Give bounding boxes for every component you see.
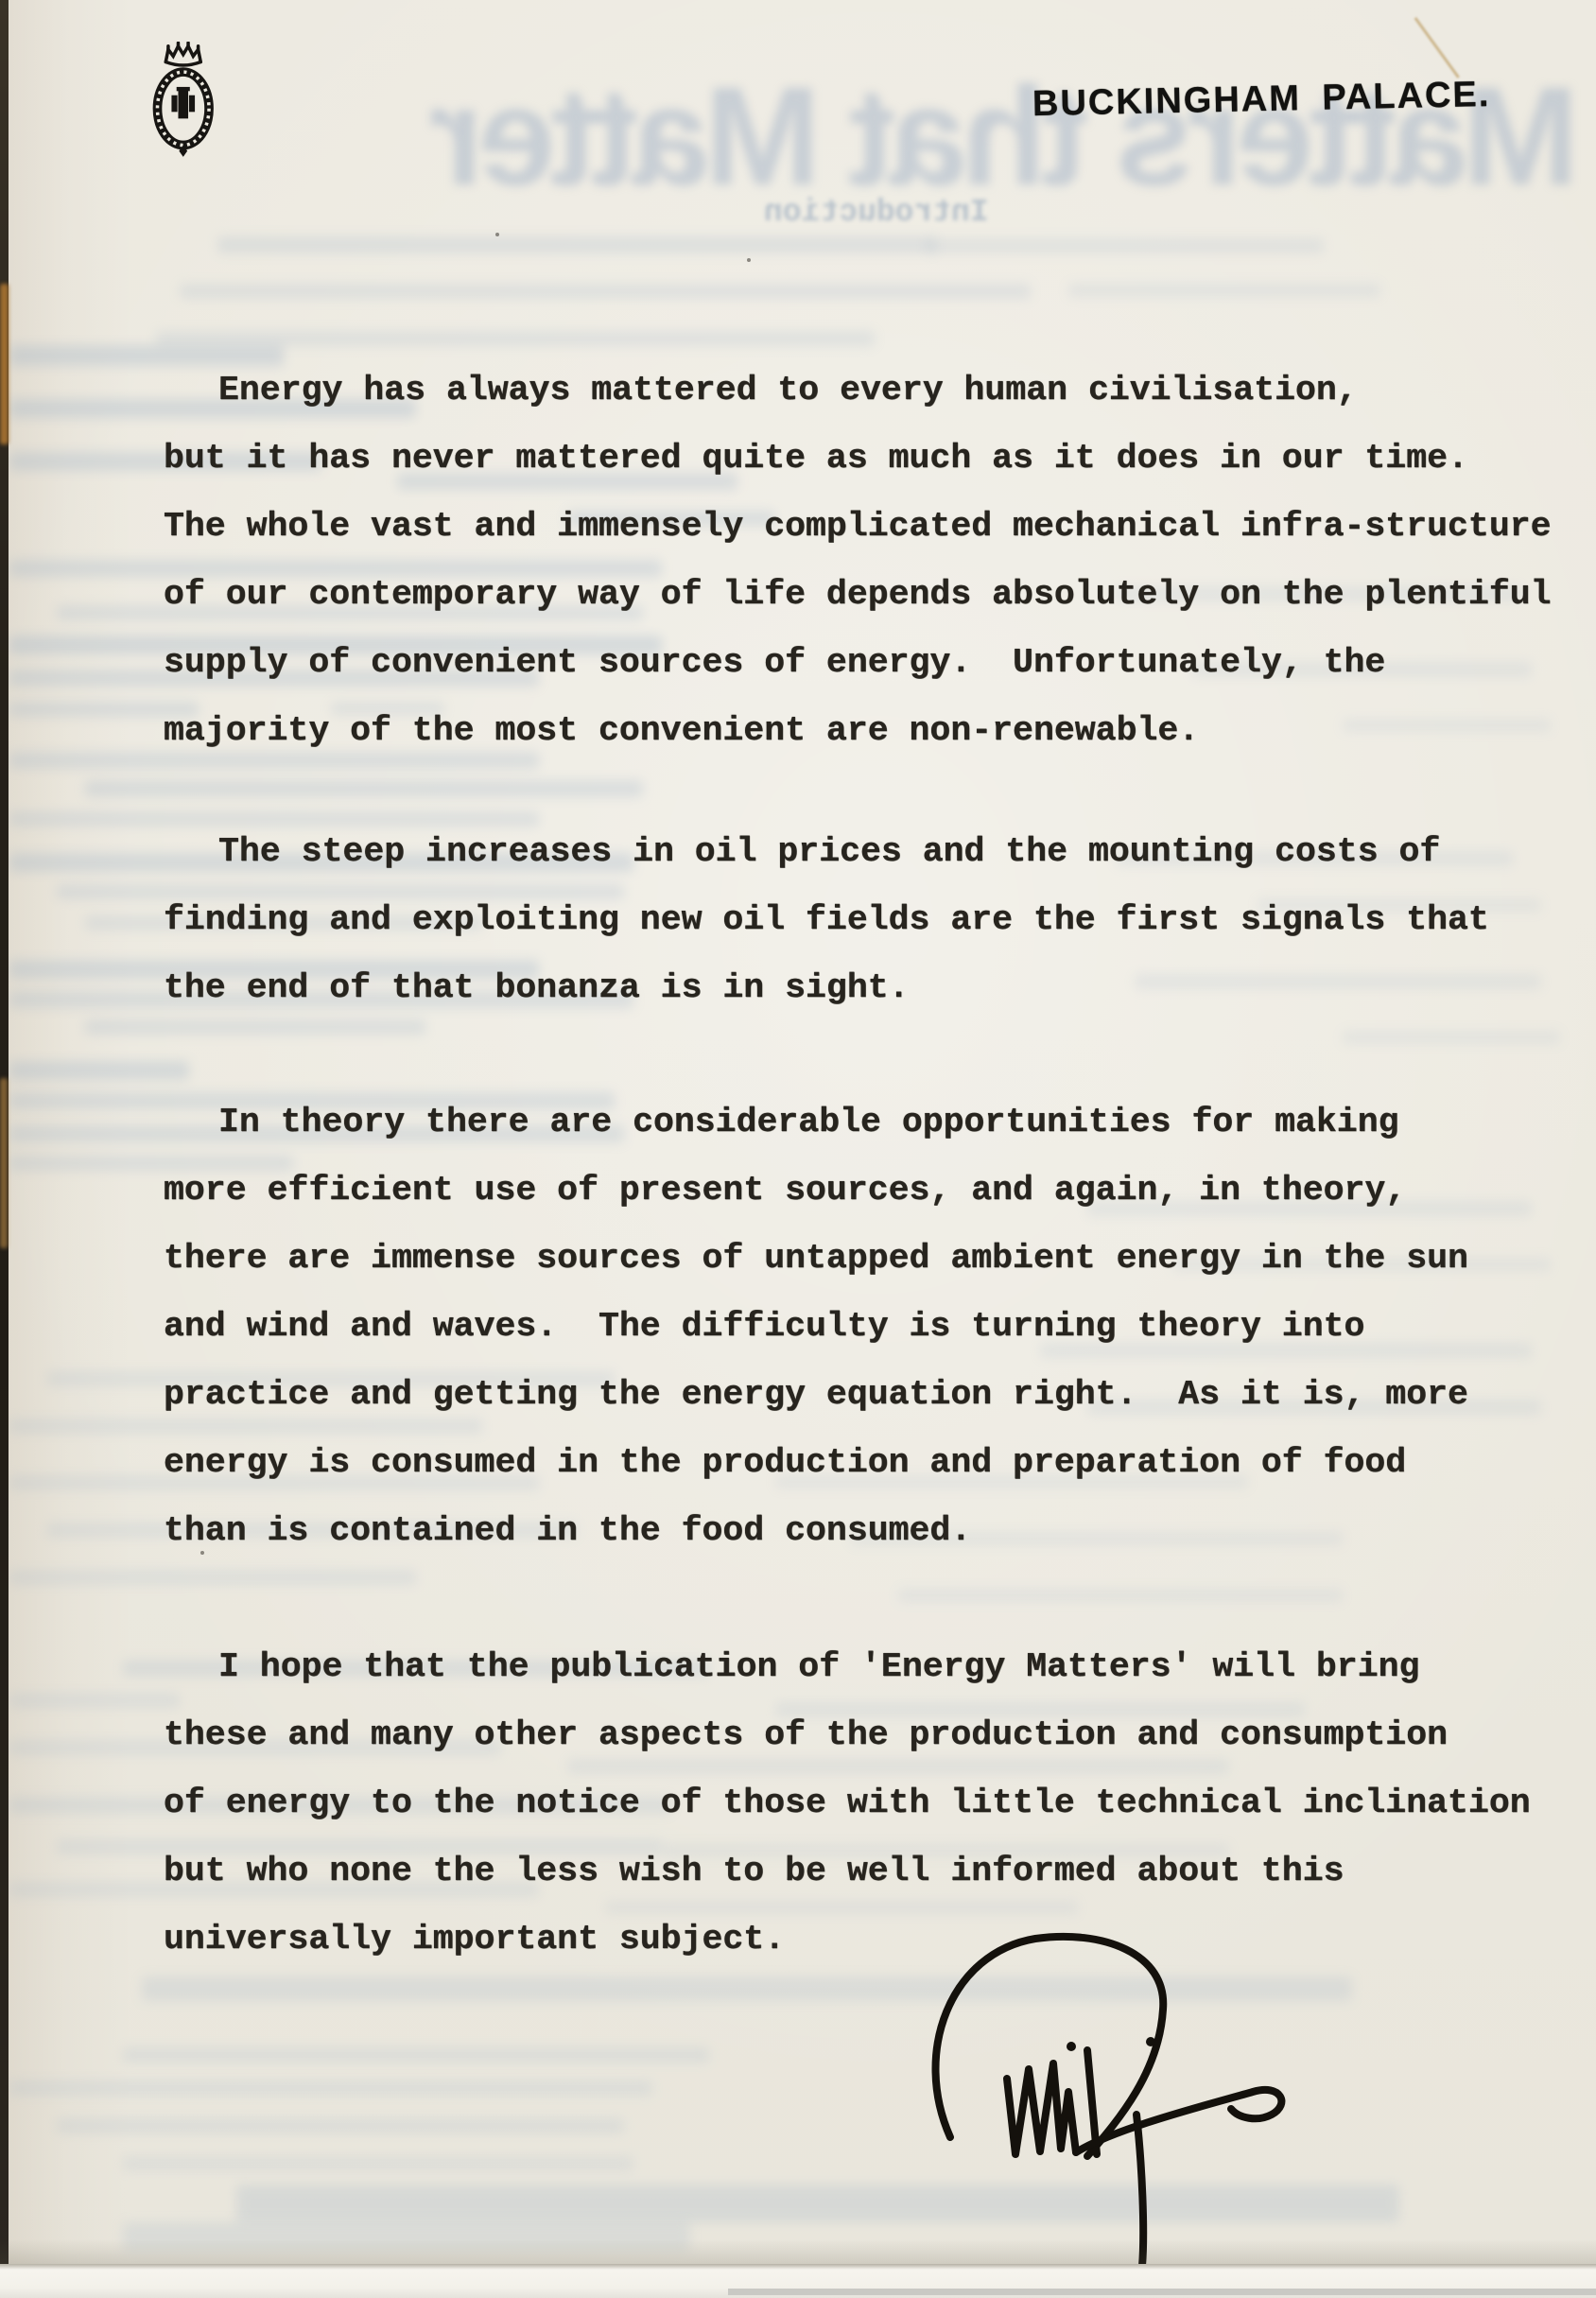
scanned-letter-page: Matters that Matter Introduction BUCKING… [0, 0, 1596, 2298]
page-edge-shadow [0, 2239, 1596, 2264]
showthrough-line [9, 1061, 189, 1080]
typed-line: finding and exploiting new oil fields ar… [164, 886, 1593, 954]
showthrough-line [123, 2156, 633, 2171]
showthrough-line [9, 2080, 652, 2096]
typed-line: but who none the less wish to be well in… [164, 1837, 1593, 1906]
paragraph: I hope that the publication of 'Energy M… [164, 1633, 1593, 1974]
showthrough-word: Introduction [764, 195, 989, 230]
typed-line: and wind and waves. The difficulty is tu… [164, 1293, 1593, 1361]
typed-line: supply of convenient sources of energy. … [164, 629, 1593, 697]
typed-line: the end of that bonanza is in sight. [164, 954, 1593, 1022]
dust-speck [495, 233, 499, 236]
typed-line: The steep increases in oil prices and th… [164, 818, 1593, 886]
scan-strip [728, 2289, 1596, 2295]
typed-line: Energy has always mattered to every huma… [164, 357, 1593, 425]
typed-line: practice and getting the energy equation… [164, 1361, 1593, 1429]
typed-line: these and many other aspects of the prod… [164, 1701, 1593, 1769]
typed-line: more efficient use of present sources, a… [164, 1157, 1593, 1225]
page-curl-mark [1414, 17, 1460, 78]
spine-accent [0, 1078, 8, 1248]
letter-body: Energy has always mattered to every huma… [164, 357, 1593, 1974]
typed-line: of our contemporary way of life depends … [164, 561, 1593, 629]
showthrough-line [123, 2047, 709, 2063]
typed-line: universally important subject. [164, 1906, 1593, 1974]
paragraph: Energy has always mattered to every huma… [164, 357, 1593, 765]
showthrough-line [156, 331, 875, 346]
typed-line: there are immense sources of untapped am… [164, 1225, 1593, 1293]
dust-speck [747, 258, 751, 262]
showthrough-line [57, 2118, 624, 2133]
typed-line: The whole vast and immensely complicated… [164, 493, 1593, 561]
showthrough-line [217, 236, 936, 253]
showthrough-line [1068, 284, 1380, 297]
royal-crest-icon [140, 42, 223, 159]
showthrough-line [180, 284, 1031, 299]
typed-line: In theory there are considerable opportu… [164, 1088, 1593, 1157]
typed-line: energy is consumed in the production and… [164, 1429, 1593, 1497]
typed-line: but it has never mattered quite as much … [164, 425, 1593, 493]
showthrough-line [9, 1693, 180, 1708]
typed-line: I hope that the publication of 'Energy M… [164, 1633, 1593, 1701]
typed-line: of energy to the notice of those with li… [164, 1769, 1593, 1837]
paragraph: In theory there are considerable opportu… [164, 1088, 1593, 1565]
spine-accent [0, 284, 9, 444]
typed-line: majority of the most convenient are non-… [164, 697, 1593, 765]
showthrough-line [927, 238, 1324, 253]
letterhead-title: BUCKINGHAM PALACE. [1032, 75, 1491, 125]
typed-line: than is contained in the food consumed. [164, 1497, 1593, 1565]
paragraph: The steep increases in oil prices and th… [164, 818, 1593, 1022]
